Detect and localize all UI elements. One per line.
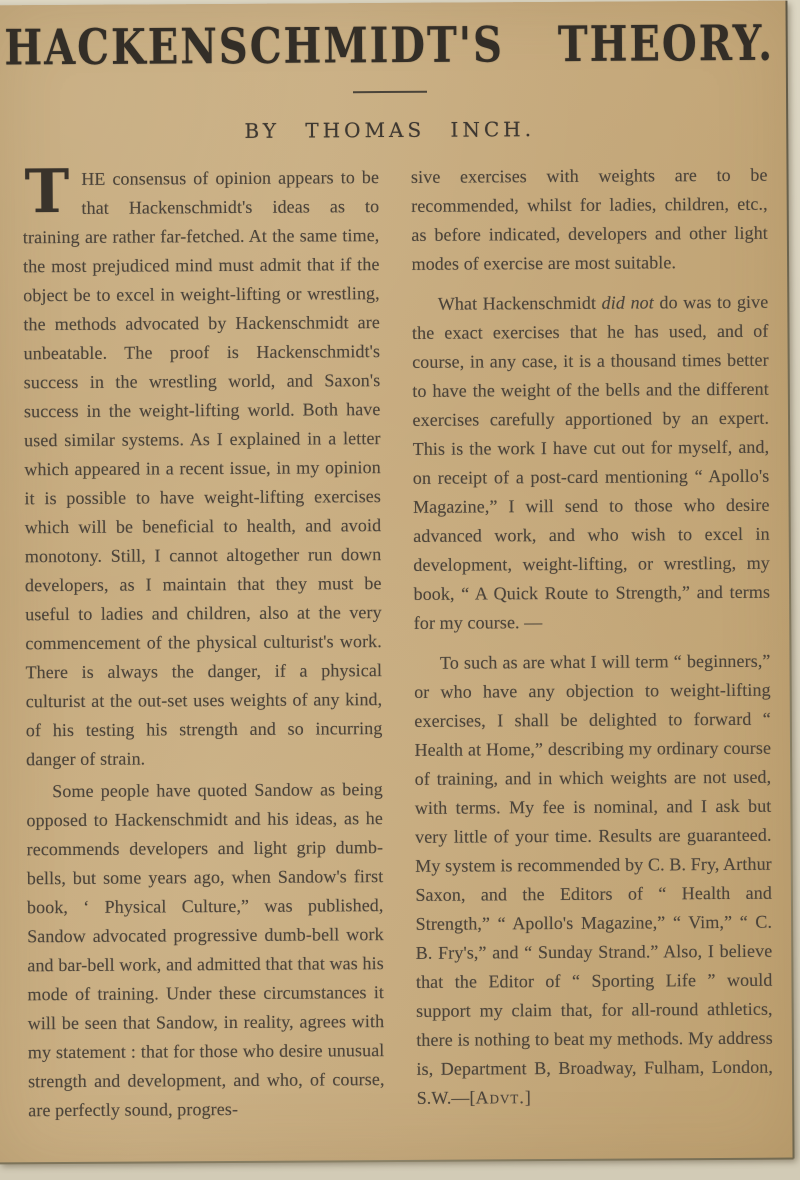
paragraph-opening: THE consensus of opinion appears to be t… — [22, 163, 382, 774]
paragraph-text: ] — [525, 1087, 531, 1107]
advertisement-tag: Advt. — [476, 1087, 525, 1107]
paragraph-text: HE consensus of opinion appears to be th… — [23, 167, 383, 769]
title-divider-rule — [353, 91, 427, 93]
left-column: THE consensus of opinion appears to be t… — [22, 163, 384, 1125]
paragraph: What Hackenschmidt did not do was to giv… — [412, 288, 771, 638]
paragraph-text: sive exercises with weights are to be re… — [411, 165, 768, 274]
paragraph-text: What Hackenschmidt — [438, 293, 602, 314]
paragraph-text: To such as are what I will term “ beginn… — [414, 651, 773, 1108]
article-title: HACKENSCHMIDT'S THEORY. — [0, 15, 787, 77]
drop-cap: T — [22, 165, 81, 216]
newspaper-clipping: HACKENSCHMIDT'S THEORY. BY THOMAS INCH. … — [0, 1, 794, 1164]
paragraph-text: Some people have quoted Sandow as being … — [26, 779, 384, 1120]
paragraph-text: do was to give the exact exercises that … — [412, 292, 770, 633]
right-column: sive exercises with weights are to be re… — [411, 161, 773, 1123]
paragraph-continuation: sive exercises with weights are to be re… — [411, 161, 768, 279]
emphasized-text: did not — [602, 292, 654, 312]
byline: BY THOMAS INCH. — [0, 116, 787, 145]
scan-background: HACKENSCHMIDT'S THEORY. BY THOMAS INCH. … — [0, 0, 800, 1180]
article-columns: THE consensus of opinion appears to be t… — [0, 161, 793, 1126]
paragraph: Some people have quoted Sandow as being … — [26, 775, 385, 1125]
paragraph: To such as are what I will term “ beginn… — [414, 647, 773, 1113]
